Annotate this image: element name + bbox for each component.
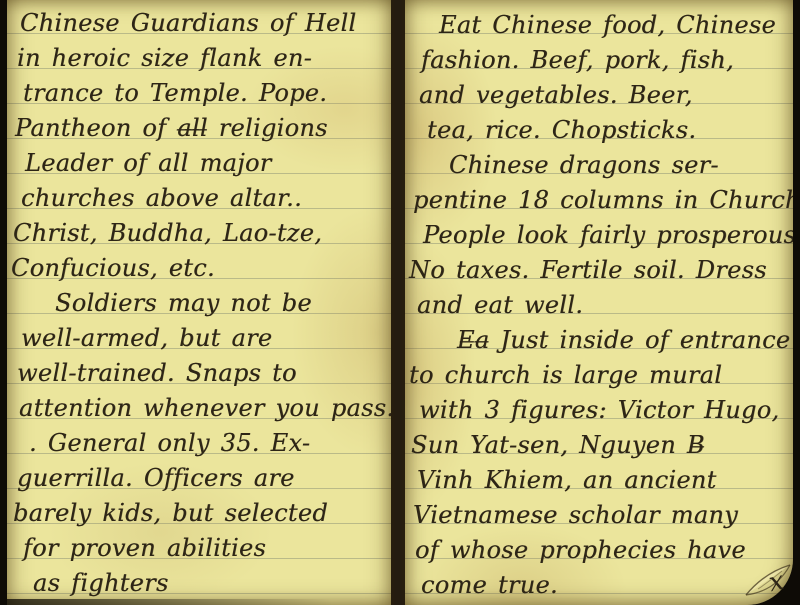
handwritten-line: trance to Temple. Pope.	[7, 76, 391, 111]
handwritten-line: People look fairly prosperous.	[405, 218, 793, 253]
handwritten-line: well-armed, but are	[7, 321, 391, 356]
handwritten-line: Confucious, etc.	[7, 251, 391, 286]
handwritten-line: Christ, Buddha, Lao-tze,	[7, 216, 391, 251]
handwritten-line: fashion. Beef, pork, fish,	[405, 43, 793, 78]
handwritten-line: for proven abilities	[7, 531, 391, 566]
handwritten-line: to church is large mural	[405, 358, 793, 393]
binding-gutter	[391, 0, 405, 605]
handwritten-line: Leader of all major	[7, 146, 391, 181]
handwritten-line: Sun Yat-sen, Nguyen B̶	[405, 428, 793, 463]
handwritten-line: No taxes. Fertile soil. Dress	[405, 253, 793, 288]
handwritten-line: guerrilla. Officers are	[7, 461, 391, 496]
handwritten-line: pentine 18 columns in Church.	[405, 183, 793, 218]
handwritten-line: Eat Chinese food, Chinese	[405, 8, 793, 43]
handwritten-line: Soldiers may not be	[7, 286, 391, 321]
handwritten-line: Pantheon of a̶l̶l̶ religions	[7, 111, 391, 146]
handwritten-line: Chinese dragons ser-	[405, 148, 793, 183]
handwritten-line: Chinese Guardians of Hell	[7, 6, 391, 41]
handwritten-line: tea, rice. Chopsticks.	[405, 113, 793, 148]
handwritten-line: Vietnamese scholar many	[405, 498, 793, 533]
handwritten-line: in heroic size flank en-	[7, 41, 391, 76]
notebook-left-page: Chinese Guardians of Hellin heroic size …	[7, 0, 391, 605]
handwritten-line: Vinh Khiem, an ancient	[405, 463, 793, 498]
notebook-photo: Chinese Guardians of Hellin heroic size …	[0, 0, 800, 605]
photo-bottom-edge	[0, 599, 391, 605]
handwritten-line: churches above altar..	[7, 181, 391, 216]
handwritten-line: attention whenever you pass.	[7, 391, 391, 426]
handwritten-line: E̶a̶ Just inside of entrance	[405, 323, 793, 358]
handwritten-line: barely kids, but selected	[7, 496, 391, 531]
handwritten-line: with 3 figures: Victor Hugo,	[405, 393, 793, 428]
handwritten-line: and vegetables. Beer,	[405, 78, 793, 113]
handwritten-line: come true.	[405, 568, 793, 603]
handwritten-line: well-trained. Snaps to	[7, 356, 391, 391]
handwritten-line: and eat well.	[405, 288, 793, 323]
handwritten-line: of whose prophecies have	[405, 533, 793, 568]
handwritten-line: . General only 35. Ex-	[7, 426, 391, 461]
handwritten-line: as fighters	[7, 566, 391, 601]
notebook-right-page: Eat Chinese food, Chinesefashion. Beef, …	[405, 0, 793, 605]
